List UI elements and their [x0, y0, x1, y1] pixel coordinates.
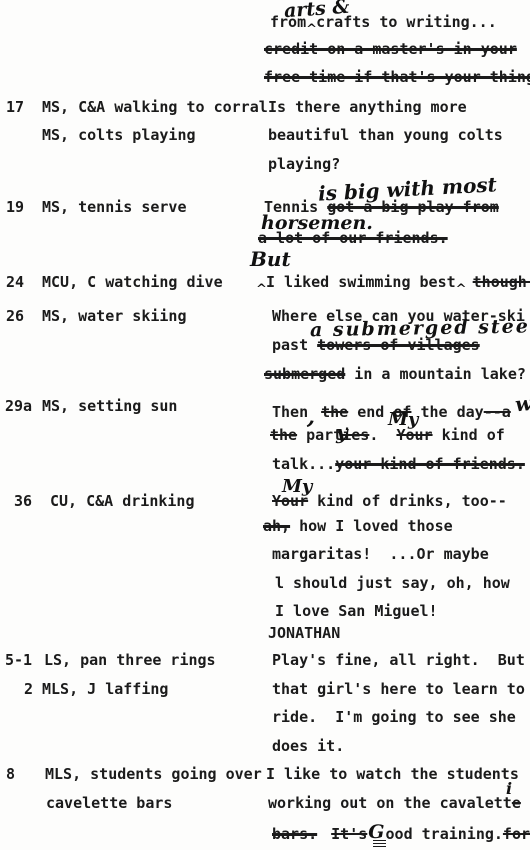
insertion-caret: ^ [306, 22, 316, 37]
handwritten-word-with: with [514, 388, 530, 417]
shot-number: 17 [6, 98, 36, 116]
shot-number: 19 [6, 198, 36, 216]
strikethrough-text: for [503, 825, 530, 843]
dialogue-line: ah, how I loved those [263, 517, 453, 535]
shot-description: LS, pan three rings [44, 651, 216, 669]
dialogue-line: ^I liked swimming best^though. [256, 273, 530, 291]
dialogue-text: ood training. [386, 825, 503, 843]
dialogue-line: playing? [268, 155, 340, 173]
strikethrough-text: --a [484, 403, 511, 421]
dialogue-line: talk...your kind of friends. [272, 455, 525, 473]
dialogue-line: credit on a master's in your [264, 40, 517, 58]
shot-description: MS, tennis serve [42, 198, 187, 216]
shot-number: 29a [5, 397, 35, 415]
speaker-name: JONATHAN [268, 624, 340, 642]
script-page: 17 MS, C&A walking to corral MS, colts p… [0, 0, 530, 850]
strikethrough-text: It's [331, 825, 367, 843]
shot-description: CU, C&A drinking [50, 492, 195, 510]
strikethrough-text: e [512, 794, 521, 812]
dialogue-line: does it. [272, 737, 344, 755]
handwritten-letter-y: y [336, 420, 348, 444]
insertion-caret: ^ [256, 282, 266, 297]
handwritten-insert-horsemen: horsemen. [261, 212, 373, 234]
shot-description: MLS, students going over [45, 765, 262, 783]
shot-description: MLS, J laffing [42, 680, 168, 698]
dialogue-text: kind of drinks, too-- [308, 492, 507, 510]
strikethrough-text: submerged [264, 365, 345, 383]
dialogue-line: Is there anything more [268, 98, 467, 116]
shot-description: MS, colts playing [42, 126, 196, 144]
handwritten-letter-i: i [506, 779, 512, 798]
shot-description: MS, setting sun [42, 397, 177, 415]
strikethrough-text: your kind of friends. [335, 455, 525, 473]
shot-number: 5-1 [5, 651, 35, 669]
dialogue-line: that girl's here to learn to [272, 680, 525, 698]
strikethrough-text: free time if that's your thing. [264, 68, 530, 86]
shot-number: 36 [14, 492, 44, 510]
strikethrough-text: the [270, 426, 297, 444]
dialogue-line: ride. I'm going to see she [272, 708, 516, 726]
shot-number: 26 [6, 307, 36, 325]
dialogue-line: margaritas! ...Or maybe [272, 545, 489, 563]
dialogue-text: end [348, 403, 393, 421]
handwritten-insert-but: But [250, 247, 291, 271]
handwritten-my-over-your: My [282, 476, 312, 497]
dialogue-text: in a mountain lake? [345, 365, 526, 383]
dialogue-line: l should just say, oh, how [275, 574, 510, 592]
strikethrough-text: the [321, 403, 348, 421]
dialogue-text: I liked swimming best [266, 273, 456, 291]
handwritten-insert-steeple: a submerged steeple [310, 315, 530, 342]
dialogue-text: talk... [272, 455, 335, 473]
shot-description: MCU, C watching dive [42, 273, 223, 291]
dialogue-line: submerged in a mountain lake? [264, 365, 526, 383]
dialogue-text: working out on the cavalett [268, 794, 512, 812]
dialogue-line: bars.It'sGood training.for [272, 822, 530, 844]
dialogue-line: Play's fine, all right. But [272, 651, 525, 669]
dialogue-text: Then [272, 403, 308, 421]
dialogue-line: free time if that's your thing. [264, 68, 530, 86]
shot-description: MS, water skiing [42, 307, 187, 325]
strikethrough-text: ah, [263, 517, 290, 535]
dialogue-text: the day [411, 403, 483, 421]
strikethrough-text: credit on a master's in your [264, 40, 517, 58]
shot-description: MS, C&A walking to corral [42, 98, 268, 116]
dialogue-line: beautiful than young colts [268, 126, 503, 144]
strikethrough-text: bars. [272, 825, 317, 843]
shot-description: cavelette bars [46, 794, 172, 812]
insertion-caret: ^ [456, 282, 466, 297]
dialogue-line: I like to watch the students [266, 765, 519, 783]
dialogue-text: kind of [433, 426, 505, 444]
shot-number: 8 [6, 765, 36, 783]
dialogue-text: how I loved those [290, 517, 453, 535]
dialogue-line: working out on the cavalette [268, 794, 521, 812]
capitalize-proof-mark [373, 840, 386, 847]
strikethrough-text: though. [473, 273, 530, 291]
dialogue-line: I love San Miguel! [275, 602, 438, 620]
shot-number: 24 [6, 273, 36, 291]
handwritten-my-over-your: My [388, 409, 418, 430]
